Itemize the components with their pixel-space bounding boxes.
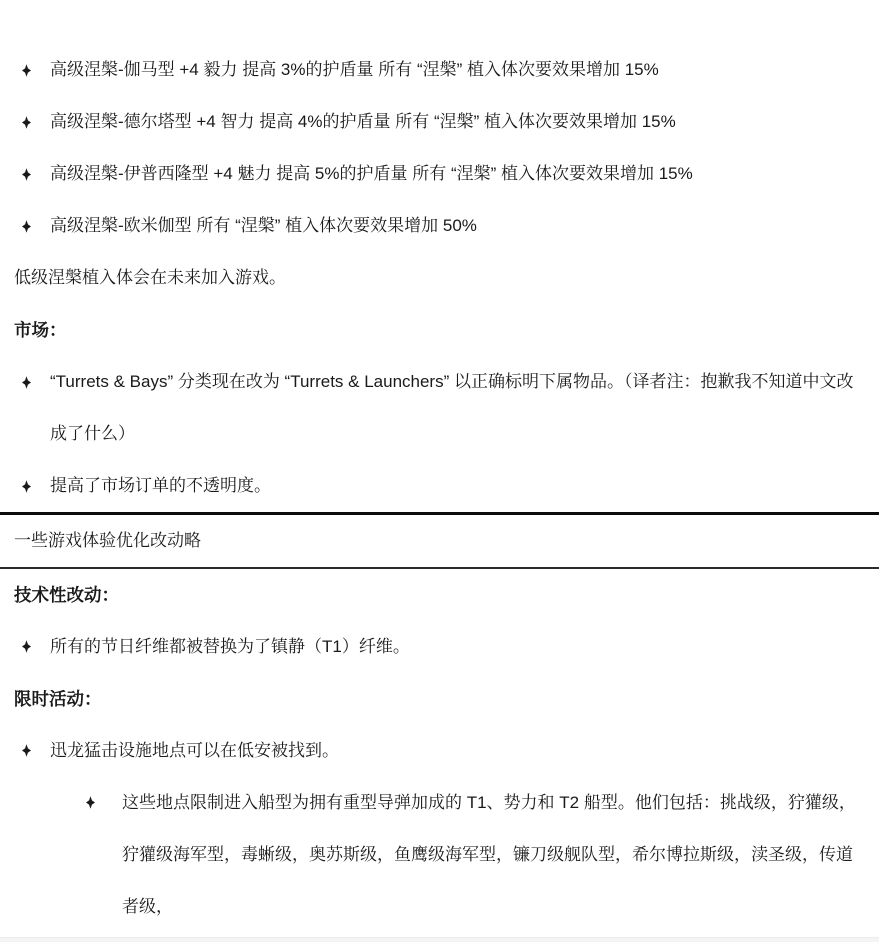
bullet-list-item: 高级涅槃-德尔塔型 +4 智力 提高 4%的护盾量 所有 “涅槃” 植入体次要效… bbox=[14, 96, 856, 148]
bullet-list-item: 迅龙猛击设施地点可以在低安被找到。 bbox=[14, 725, 856, 777]
four-pointed-star-bullet-icon bbox=[22, 621, 31, 673]
bullet-list-item: 高级涅槃-伊普西隆型 +4 魅力 提高 5%的护盾量 所有 “涅槃” 植入体次要… bbox=[14, 148, 856, 200]
four-pointed-star-bullet-icon bbox=[22, 460, 31, 512]
four-pointed-star-bullet-icon bbox=[22, 148, 31, 200]
section-heading: 限时活动： bbox=[14, 673, 856, 725]
bullet-text: 高级涅槃-伽马型 +4 毅力 提高 3%的护盾量 所有 “涅槃” 植入体次要效果… bbox=[50, 60, 659, 79]
document-page: { "page": { "background": "#ffffff", "te… bbox=[0, 0, 879, 942]
four-pointed-star-bullet-icon bbox=[22, 44, 31, 96]
page-bottom-strip bbox=[0, 937, 879, 942]
bullet-text: 高级涅槃-欧米伽型 所有 “涅槃” 植入体次要效果增加 50% bbox=[50, 216, 477, 235]
bullet-text: 迅龙猛击设施地点可以在低安被找到。 bbox=[50, 741, 339, 760]
bullet-text: 提高了市场订单的不透明度。 bbox=[50, 476, 271, 495]
bullet-text: 所有的节日纤维都被替换为了镇静（T1）纤维。 bbox=[50, 637, 410, 656]
bullet-list-item: 提高了市场订单的不透明度。 bbox=[14, 460, 856, 512]
bullet-text: “Turrets & Bays” 分类现在改为 “Turrets & Launc… bbox=[50, 372, 853, 443]
paragraph: 低级涅槃植入体会在未来加入游戏。 bbox=[14, 252, 856, 304]
bullet-text: 高级涅槃-德尔塔型 +4 智力 提高 4%的护盾量 所有 “涅槃” 植入体次要效… bbox=[50, 112, 676, 131]
bullet-list-item: 高级涅槃-欧米伽型 所有 “涅槃” 植入体次要效果增加 50% bbox=[14, 200, 856, 252]
four-pointed-star-bullet-icon bbox=[22, 96, 31, 148]
section-heading: 市场： bbox=[14, 304, 856, 356]
bullet-list-item: 高级涅槃-伽马型 +4 毅力 提高 3%的护盾量 所有 “涅槃” 植入体次要效果… bbox=[14, 44, 856, 96]
four-pointed-star-bullet-icon bbox=[22, 725, 31, 777]
four-pointed-star-bullet-icon bbox=[22, 200, 31, 252]
paragraph: 一些游戏体验优化改动略 bbox=[14, 515, 856, 567]
bullet-list-item: “Turrets & Bays” 分类现在改为 “Turrets & Launc… bbox=[14, 356, 856, 460]
bullet-list-item: 这些地点限制进入船型为拥有重型导弹加成的 T1、势力和 T2 船型。他们包括：挑… bbox=[14, 777, 856, 933]
bullet-text: 这些地点限制进入船型为拥有重型导弹加成的 T1、势力和 T2 船型。他们包括：挑… bbox=[122, 793, 856, 916]
four-pointed-star-bullet-icon bbox=[22, 356, 31, 408]
bullet-text: 高级涅槃-伊普西隆型 +4 魅力 提高 5%的护盾量 所有 “涅槃” 植入体次要… bbox=[50, 164, 693, 183]
section-heading: 技术性改动： bbox=[14, 569, 856, 621]
bullet-list-item: 所有的节日纤维都被替换为了镇静（T1）纤维。 bbox=[14, 621, 856, 673]
document-body: 高级涅槃-伽马型 +4 毅力 提高 3%的护盾量 所有 “涅槃” 植入体次要效果… bbox=[0, 0, 879, 933]
four-pointed-star-bullet-icon bbox=[86, 777, 95, 829]
